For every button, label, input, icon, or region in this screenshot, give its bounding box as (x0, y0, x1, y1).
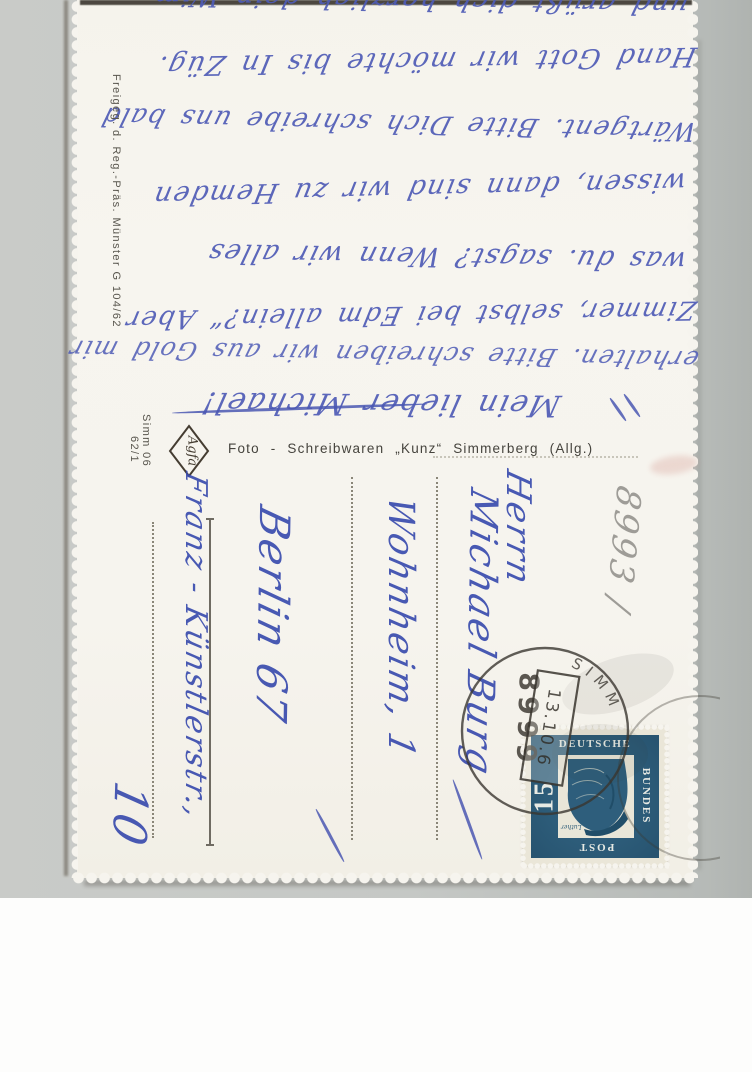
stamp-country-top: DEUTSCHE (531, 738, 659, 750)
message-greeting: Mein lieber Michael! (164, 384, 564, 422)
deckled-edge-left (66, 0, 78, 878)
address-line-rule (351, 477, 353, 840)
stamp-perforation (521, 862, 669, 870)
postage-stamp: DEUTSCHE BUNDES POST 15 Luther (523, 727, 667, 866)
order-code-621: 62/1 (128, 436, 140, 463)
stamp-country-bottom: POST (578, 841, 615, 853)
address-city: Berlin 67 (246, 501, 299, 729)
stamp-perforation (663, 725, 671, 868)
address-house-number: 10 (102, 777, 158, 853)
stamp-perforation (519, 725, 527, 868)
address-recipient-name: Michael Burg (457, 484, 506, 781)
stamp-country-right: BUNDES (640, 768, 652, 825)
divider-dotted-line (433, 456, 638, 458)
agfa-logo-text: Agfa (185, 435, 200, 466)
stamp-portrait-label: Luther (561, 823, 582, 830)
deckled-edge-bottom (72, 872, 694, 884)
address-line-rule (436, 477, 438, 840)
license-text-vertical: Freigeg. d. Reg.-Präs. Münster G 104/62 (110, 74, 122, 328)
publisher-imprint: Foto - Schreibwaren „Kunz“ Simmerberg (A… (228, 441, 628, 456)
address-residence: Wohnheim, 1 (380, 493, 421, 763)
stamp-portrait-frame: Luther (558, 755, 634, 838)
address-street: Franz - Künstlerstr., (178, 469, 213, 824)
stamp-perforation (521, 723, 669, 731)
order-code-simm: Simm 06 (140, 414, 152, 467)
postcard-scan: und grüßt dich herzlich dein Wim Hand Go… (0, 0, 752, 1072)
stamp-field: DEUTSCHE BUNDES POST 15 Luther (531, 735, 659, 858)
stamp-face-value: 15 (529, 780, 560, 813)
agfa-logo: Agfa (168, 424, 210, 478)
